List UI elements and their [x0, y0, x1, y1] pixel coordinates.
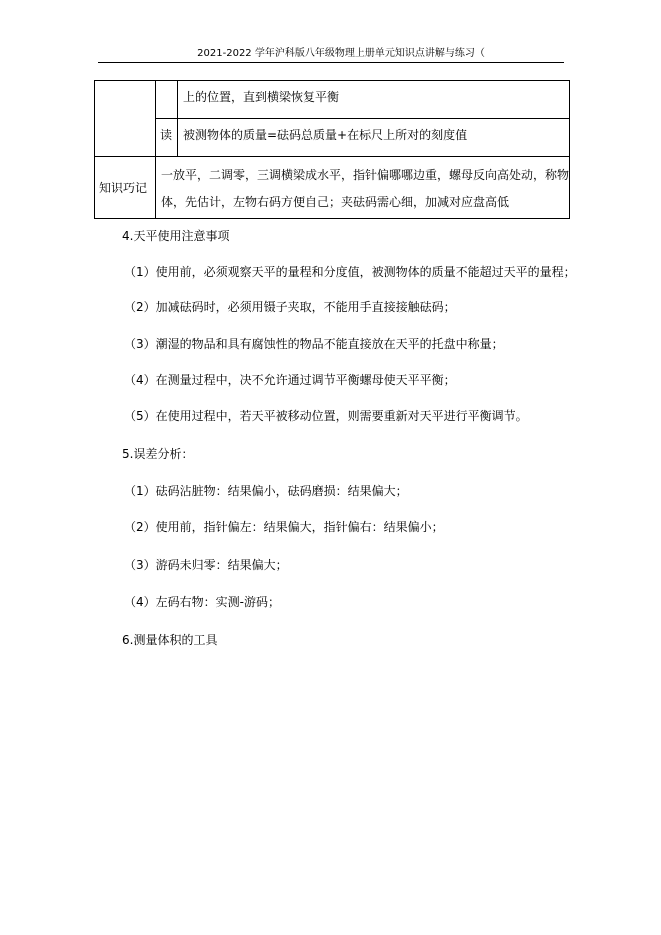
- table-row: 上的位置，直到横梁恢复平衡: [95, 81, 570, 119]
- table-cell-content: 一放平，二调零，三调横梁成水平，指针偏哪哪边重，螺母反向高处动，称物体，先估计，…: [156, 157, 570, 219]
- list-item: （1）使用前，必须观察天平的量程和分度值，被测物体的质量不能超过天平的量程；: [124, 264, 576, 280]
- table-cell-label: 知识巧记: [95, 157, 156, 219]
- table-cell-content: 被测物体的质量=砝码总质量+在标尺上所对的刻度值: [178, 119, 570, 157]
- list-item: （1）砝码沾脏物：结果偏小，砝码磨损：结果偏大；: [124, 483, 408, 499]
- section-heading: 4.天平使用注意事项: [122, 228, 229, 244]
- list-item: （3）潮湿的物品和具有腐蚀性的物品不能直接放在天平的托盘中称量；: [124, 336, 504, 352]
- table-cell-step: 读: [156, 119, 178, 157]
- page-header: 2021-2022 学年沪科版八年级物理上册单元知识点讲解与练习（: [98, 47, 564, 63]
- list-item: （3）游码未归零：结果偏大；: [124, 557, 288, 573]
- section-heading: 6.测量体积的工具: [122, 632, 217, 648]
- table-row: 知识巧记 一放平，二调零，三调横梁成水平，指针偏哪哪边重，螺母反向高处动，称物体…: [95, 157, 570, 219]
- section-heading: 5.误差分析：: [122, 446, 193, 462]
- table-row: 读 被测物体的质量=砝码总质量+在标尺上所对的刻度值: [95, 119, 570, 157]
- list-item: （2）使用前，指针偏左：结果偏大，指针偏右：结果偏小；: [124, 519, 444, 535]
- document-title: 2021-2022 学年沪科版八年级物理上册单元知识点讲解与练习（: [197, 48, 485, 59]
- table-cell-content: 上的位置，直到横梁恢复平衡: [178, 81, 570, 119]
- table-cell-step: [156, 81, 178, 119]
- table-cell-category: [95, 81, 156, 157]
- knowledge-table: 上的位置，直到横梁恢复平衡 读 被测物体的质量=砝码总质量+在标尺上所对的刻度值…: [94, 80, 570, 219]
- list-item: （2）加减砝码时，必须用镊子夹取，不能用手直接接触砝码；: [124, 299, 456, 315]
- list-item: （4）在测量过程中，决不允许通过调节平衡螺母使天平平衡；: [124, 372, 456, 388]
- list-item: （4）左码右物：实测-游码；: [124, 594, 280, 610]
- list-item: （5）在使用过程中，若天平被移动位置，则需要重新对天平进行平衡调节。: [124, 408, 528, 424]
